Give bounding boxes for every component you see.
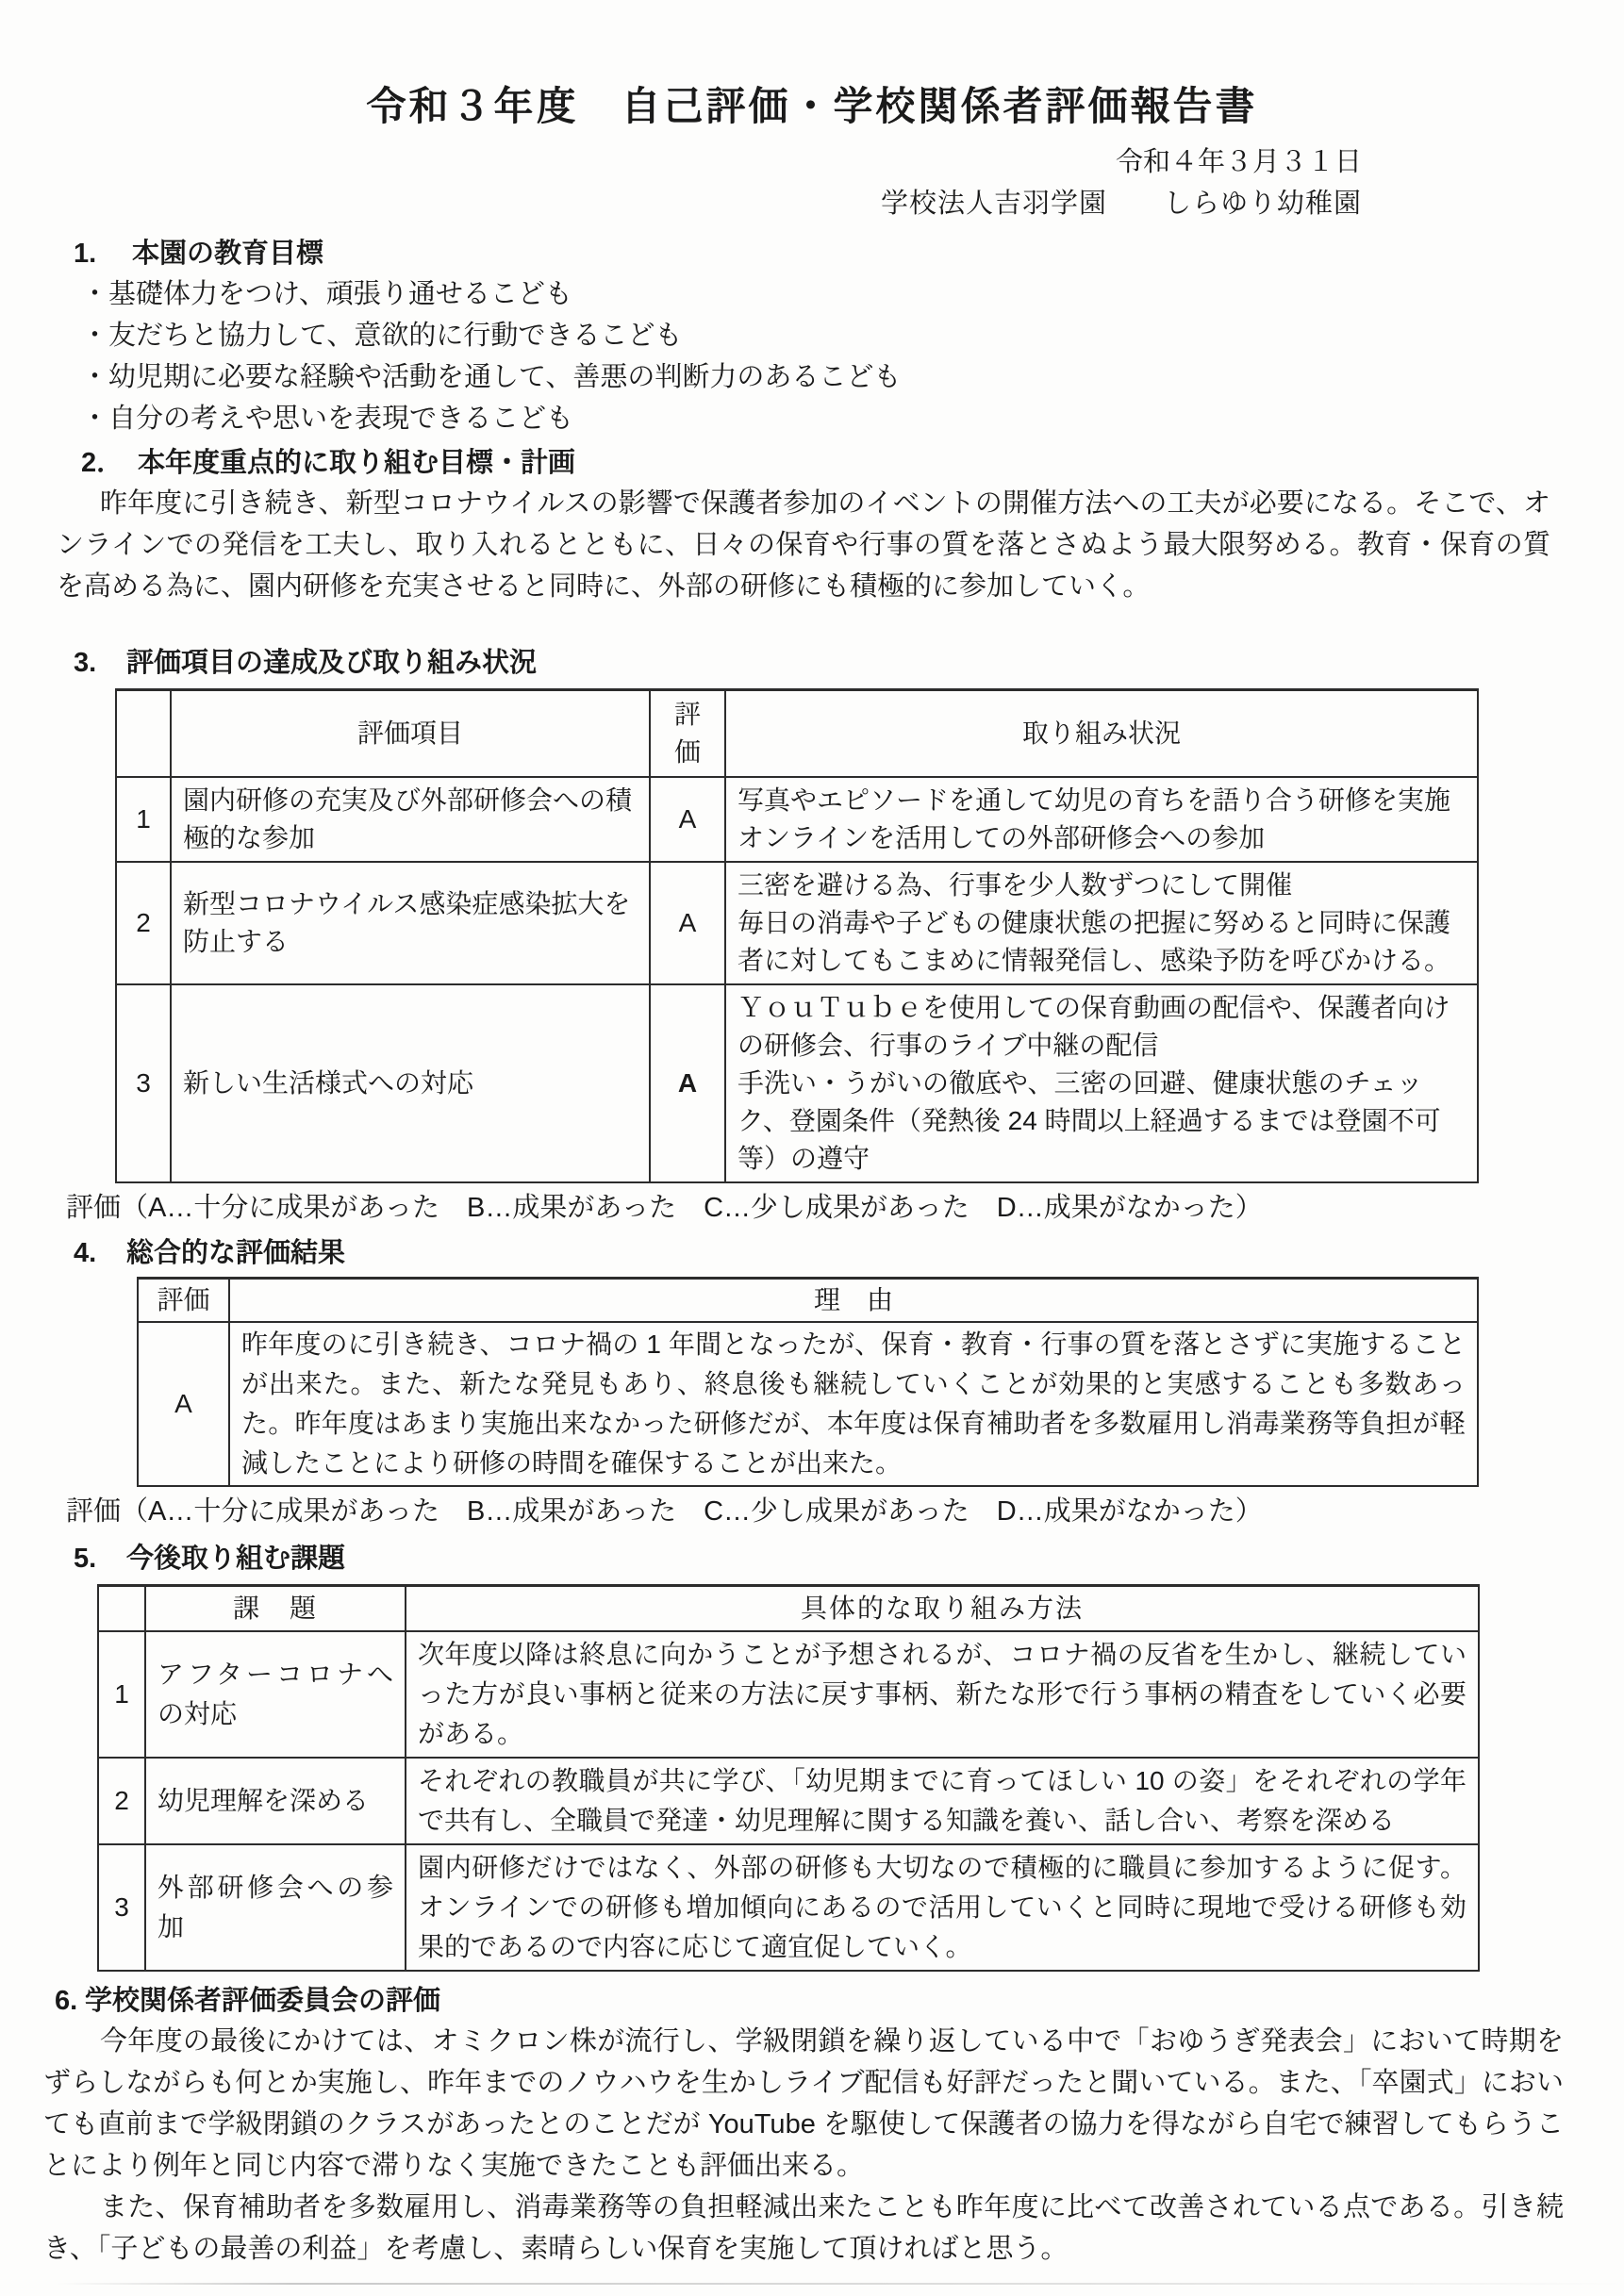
future-issues-table: 課 題 具体的な取り組み方法 1 アフターコロナへの対応 次年度以降は終息に向か… <box>97 1584 1480 1972</box>
evaluation-item-row: 3 新しい生活様式への対応 A ＹｏｕＴｕｂｅを使用しての保育動画の配信や、保護… <box>116 984 1478 1182</box>
evaluation-item-text: 新型コロナウイルス感染症感染拡大を防止する <box>171 862 650 984</box>
section3-number: 3. <box>74 643 126 683</box>
section5-title: 今後取り組む課題 <box>126 1544 345 1574</box>
committee-evaluation-paragraphs: 今年度の最後にかけては、オミクロン株が流行し、学級閉鎖を繰り返している中で「おゆ… <box>74 2021 1550 2270</box>
section1-heading: 1.本園の教育目標 <box>74 234 1550 273</box>
row-number: 2 <box>98 1758 145 1844</box>
scanner-artifact-line <box>57 2283 1624 2285</box>
section3-title: 評価項目の達成及び取り組み状況 <box>126 648 537 678</box>
issue-method-text: 園内研修だけではなく、外部の研修も大切なので積極的に職員に参加するように促す。オ… <box>406 1844 1479 1971</box>
col-header-blank <box>116 690 171 778</box>
evaluation-item-text: 新しい生活様式への対応 <box>171 984 650 1182</box>
section6-heading: 6.学校関係者評価委員会の評価 <box>55 1981 1550 2021</box>
grade-legend: 評価（A…十分に成果があった B…成果があった C…少し成果があった D…成果が… <box>66 1188 1550 1228</box>
section2-title: 本年度重点的に取り組む目標・計画 <box>138 448 575 478</box>
row-number: 2 <box>116 862 171 984</box>
col-header-reason: 理 由 <box>229 1279 1478 1323</box>
overall-grade: A <box>138 1322 229 1486</box>
col-header-status: 取り組み状況 <box>725 690 1478 778</box>
evaluation-grade: A <box>650 984 725 1182</box>
section4-title: 総合的な評価結果 <box>126 1238 345 1268</box>
grade-legend: 評価（A…十分に成果があった B…成果があった C…少し成果があった D…成果が… <box>66 1492 1550 1531</box>
overall-reason-text: 昨年度のに引き続き、コロナ禍の 1 年間となったが、保育・教育・行事の質を落とさ… <box>229 1322 1478 1486</box>
section6-number: 6. <box>55 1981 85 2021</box>
future-issues-header-row: 課 題 具体的な取り組み方法 <box>98 1586 1479 1632</box>
document-meta: 令和４年３月３１日 学校法人吉羽学園 しらゆり幼稚園 <box>74 141 1362 224</box>
section1-title: 本園の教育目標 <box>132 239 323 269</box>
section3-heading: 3.評価項目の達成及び取り組み状況 <box>74 643 1550 683</box>
evaluation-items-table: 評価項目 評価 取り組み状況 1 園内研修の充実及び外部研修会への積極的な参加 … <box>115 688 1479 1183</box>
future-issue-row: 3 外部研修会への参加 園内研修だけではなく、外部の研修も大切なので積極的に職員… <box>98 1844 1479 1971</box>
evaluation-grade: A <box>650 862 725 984</box>
document-page: 令和３年度 自己評価・学校関係者評価報告書 令和４年３月３１日 学校法人吉羽学園… <box>0 0 1624 2296</box>
committee-evaluation-paragraph: 今年度の最後にかけては、オミクロン株が流行し、学級閉鎖を繰り返している中で「おゆ… <box>43 2021 1564 2187</box>
issue-method-text: それぞれの教職員が共に学び、「幼児期までに育ってほしい 10 の姿」をそれぞれの… <box>406 1758 1479 1844</box>
education-goals-list: ・基礎体力をつけ、頑張り通せるこども ・友だちと協力して、意欲的に行動できるこど… <box>81 273 1550 439</box>
report-date: 令和４年３月３１日 <box>74 141 1362 183</box>
education-goal-item: ・基礎体力をつけ、頑張り通せるこども <box>81 273 1550 315</box>
evaluation-grade: A <box>650 777 725 862</box>
overall-evaluation-table: 評価 理 由 A 昨年度のに引き続き、コロナ禍の 1 年間となったが、保育・教育… <box>137 1277 1479 1487</box>
organization-name: 学校法人吉羽学園 しらゆり幼稚園 <box>74 183 1362 224</box>
col-header-item: 評価項目 <box>171 690 650 778</box>
section1-number: 1. <box>74 234 132 273</box>
row-number: 1 <box>98 1631 145 1758</box>
evaluation-item-text: 園内研修の充実及び外部研修会への積極的な参加 <box>171 777 650 862</box>
education-goal-item: ・幼児期に必要な経験や活動を通して、善悪の判断力のあるこども <box>81 356 1550 398</box>
overall-evaluation-row: A 昨年度のに引き続き、コロナ禍の 1 年間となったが、保育・教育・行事の質を落… <box>138 1322 1478 1486</box>
evaluation-item-row: 1 園内研修の充実及び外部研修会への積極的な参加 A 写真やエピソードを通して幼… <box>116 777 1478 862</box>
evaluation-status-text: ＹｏｕＴｕｂｅを使用しての保育動画の配信や、保護者向けの研修会、行事のライブ中継… <box>725 984 1478 1182</box>
col-header-grade: 評価 <box>138 1279 229 1323</box>
evaluation-status-text: 三密を避ける為、行事を少人数ずつにして開催 毎日の消毒や子どもの健康状態の把握に… <box>725 862 1478 984</box>
section2-number: 2． <box>81 443 138 483</box>
document-title: 令和３年度 自己評価・学校関係者評価報告書 <box>74 75 1550 132</box>
row-number: 1 <box>116 777 171 862</box>
future-issue-row: 2 幼児理解を深める それぞれの教職員が共に学び、「幼児期までに育ってほしい 1… <box>98 1758 1479 1844</box>
evaluation-status-text: 写真やエピソードを通して幼児の育ちを語り合う研修を実施 オンラインを活用しての外… <box>725 777 1478 862</box>
col-header-grade: 評価 <box>650 690 725 778</box>
issue-subject-text: 外部研修会への参加 <box>145 1844 406 1971</box>
section4-number: 4. <box>74 1233 126 1273</box>
overall-evaluation-header-row: 評価 理 由 <box>138 1279 1478 1323</box>
education-goal-item: ・自分の考えや思いを表現できるこども <box>81 398 1550 439</box>
issue-subject-text: 幼児理解を深める <box>145 1758 406 1844</box>
future-issue-row: 1 アフターコロナへの対応 次年度以降は終息に向かうことが予想されるが、コロナ禍… <box>98 1631 1479 1758</box>
evaluation-item-row: 2 新型コロナウイルス感染症感染拡大を防止する A 三密を避ける為、行事を少人数… <box>116 862 1478 984</box>
col-header-subject: 課 題 <box>145 1586 406 1632</box>
section5-number: 5. <box>74 1539 126 1578</box>
row-number: 3 <box>98 1844 145 1971</box>
evaluation-items-header-row: 評価項目 評価 取り組み状況 <box>116 690 1478 778</box>
col-header-blank <box>98 1586 145 1632</box>
section2-heading: 2．本年度重点的に取り組む目標・計画 <box>81 443 1550 483</box>
issue-subject-text: アフターコロナへの対応 <box>145 1631 406 1758</box>
section4-heading: 4.総合的な評価結果 <box>74 1233 1550 1273</box>
section6-title: 学校関係者評価委員会の評価 <box>85 1986 440 2016</box>
committee-evaluation-paragraph: また、保育補助者を多数雇用し、消毒業務等の負担軽減出来たことも昨年度に比べて改善… <box>43 2187 1564 2270</box>
section5-heading: 5.今後取り組む課題 <box>74 1539 1550 1578</box>
row-number: 3 <box>116 984 171 1182</box>
education-goal-item: ・友だちと協力して、意欲的に行動できるこども <box>81 315 1550 356</box>
section2-body: 昨年度に引き続き、新型コロナウイルスの影響で保護者参加のイベントの開催方法への工… <box>57 483 1550 607</box>
issue-method-text: 次年度以降は終息に向かうことが予想されるが、コロナ禍の反省を生かし、継続していっ… <box>406 1631 1479 1758</box>
col-header-method: 具体的な取り組み方法 <box>406 1586 1479 1632</box>
